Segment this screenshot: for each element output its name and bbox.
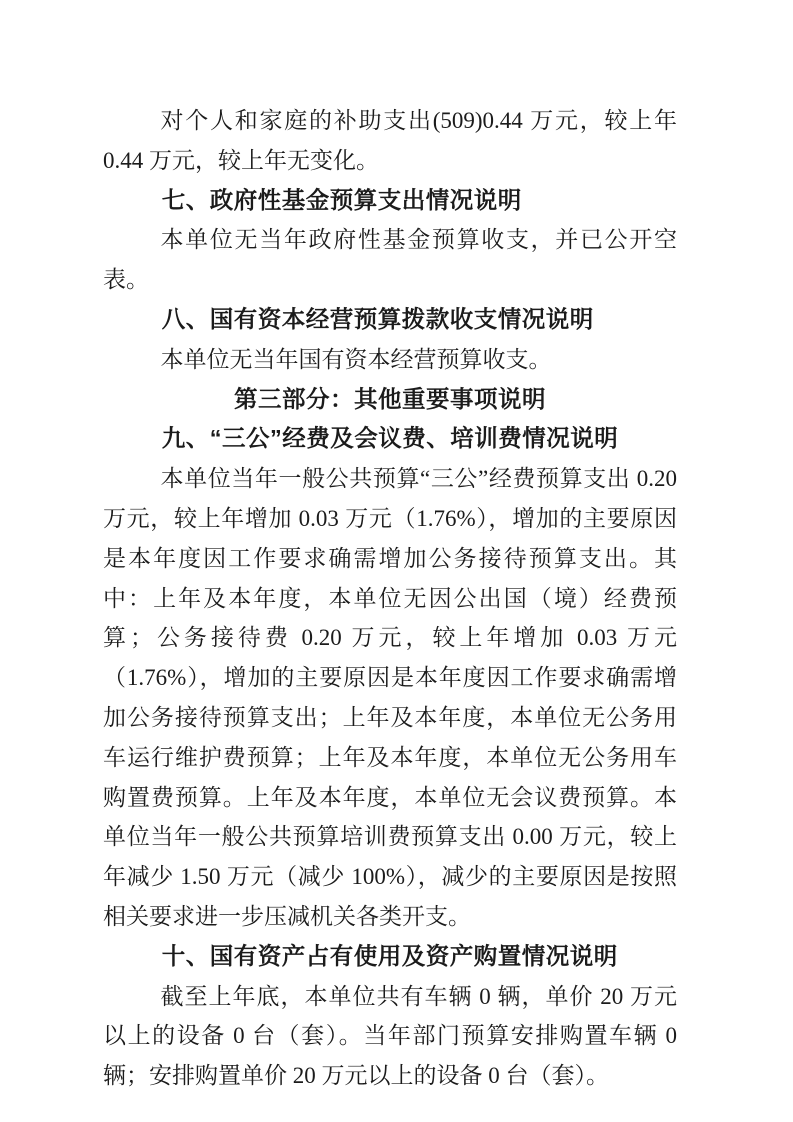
para-subsidy-expenditure: 对个人和家庭的补助支出(509)0.44 万元，较上年 0.44 万元，较上年无…: [103, 101, 677, 181]
para-section-7: 本单位无当年政府性基金预算收支，并已公开空表。: [103, 220, 677, 300]
heading-section-8: 八、国有资本经营预算拨款收支情况说明: [103, 300, 677, 340]
document-page: 对个人和家庭的补助支出(509)0.44 万元，较上年 0.44 万元，较上年无…: [0, 0, 793, 1122]
heading-part-3: 第三部分：其他重要事项说明: [103, 380, 677, 420]
para-section-8: 本单位无当年国有资本经营预算收支。: [103, 340, 677, 380]
para-section-10: 截至上年底，本单位共有车辆 0 辆，单价 20 万元以上的设备 0 台（套）。当…: [103, 977, 677, 1096]
heading-section-9: 九、“三公”经费及会议费、培训费情况说明: [103, 419, 677, 459]
document-body: 对个人和家庭的补助支出(509)0.44 万元，较上年 0.44 万元，较上年无…: [103, 101, 677, 1096]
para-section-9: 本单位当年一般公共预算“三公”经费预算支出 0.20 万元，较上年增加 0.03…: [103, 459, 677, 937]
heading-section-7: 七、政府性基金预算支出情况说明: [103, 181, 677, 221]
heading-section-10: 十、国有资产占有使用及资产购置情况说明: [103, 937, 677, 977]
